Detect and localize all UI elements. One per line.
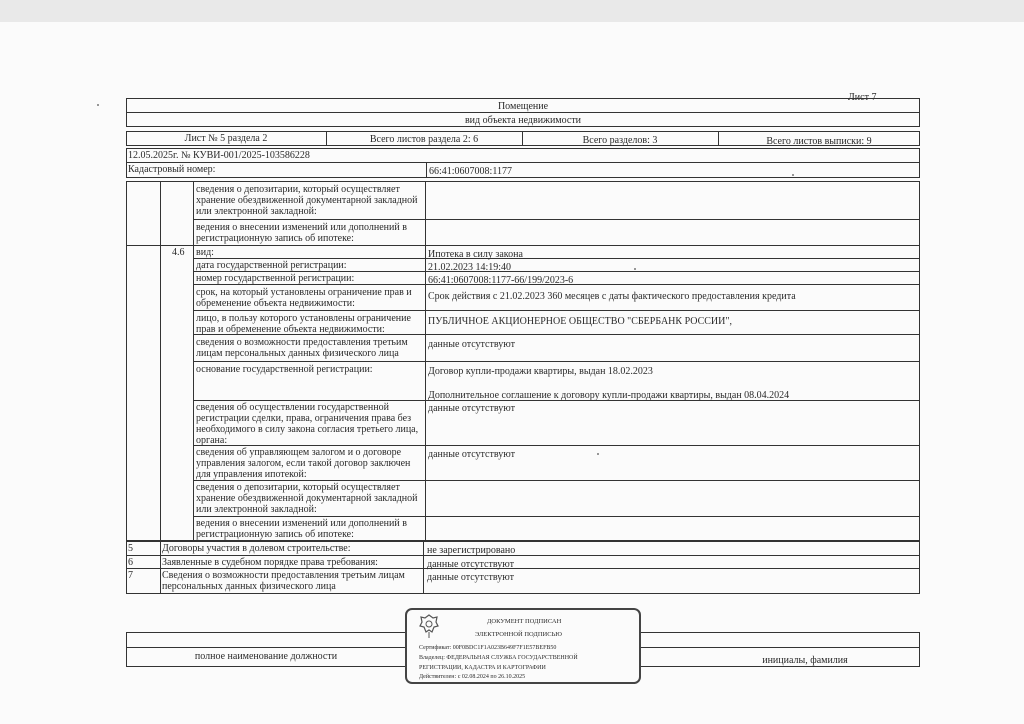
row-value: данные отсутствуют: [428, 403, 515, 414]
section-number: 6: [128, 557, 133, 568]
divider: [193, 480, 920, 481]
divider: [426, 162, 427, 178]
row-label: основание государственной регистрации:: [196, 364, 373, 375]
section-label: Сведения о возможности предоставления тр…: [162, 570, 424, 592]
stamp-title-line1: ДОКУМЕНТ ПОДПИСАН: [487, 618, 561, 625]
row-label: срок, на который установлены ограничение…: [196, 287, 426, 309]
divider: [193, 334, 920, 335]
section-number: 7: [128, 570, 133, 581]
section-sheet: Лист № 5 раздела 2: [126, 133, 326, 144]
scan-top-margin: [0, 0, 1024, 22]
doc-reference: 12.05.2025г. № КУВИ-001/2025-103586228: [128, 150, 310, 161]
divider: [126, 568, 920, 569]
row-label: сведения о депозитарии, который осуществ…: [196, 184, 422, 217]
object-type-caption: вид объекта недвижимости: [126, 115, 920, 126]
cadastral-label: Кадастровый номер:: [128, 164, 215, 175]
stamp-title-line2: ЭЛЕКТРОННОЙ ПОДПИСЬЮ: [475, 631, 562, 638]
divider: [126, 112, 920, 113]
row-value: ПУБЛИЧНОЕ АКЦИОНЕРНОЕ ОБЩЕСТВО "СБЕРБАНК…: [428, 316, 732, 327]
row-label: сведения о возможности предоставления тр…: [196, 337, 422, 359]
divider: [126, 245, 920, 246]
total-section-sheets: Всего листов раздела 2: 6: [326, 134, 522, 145]
scan-speck: [597, 453, 599, 455]
section-label: Договоры участия в долевом строительстве…: [162, 543, 351, 554]
section-number: 5: [128, 543, 133, 554]
divider: [193, 400, 920, 401]
row-label: ведения о внесении изменений или дополне…: [196, 222, 422, 244]
divider: [193, 361, 920, 362]
section-label: Заявленные в судебном порядке права треб…: [162, 557, 378, 568]
row-value: Срок действия с 21.02.2023 360 месяцев с…: [428, 291, 796, 302]
row-label: дата государственной регистрации:: [196, 260, 347, 271]
row-label: сведения об осуществлении государственно…: [196, 402, 422, 446]
row-value: данные отсутствуют: [428, 449, 515, 460]
row-label: лицо, в пользу которого установлены огра…: [196, 313, 426, 335]
section-value: не зарегистрировано: [427, 545, 515, 556]
name-caption: инициалы, фамилия: [690, 655, 920, 666]
stamp-owner-line1: Владелец: ФЕДЕРАЛЬНАЯ СЛУЖБА ГОСУДАРСТВЕ…: [419, 655, 578, 662]
row-label: ведения о внесении изменений или дополне…: [196, 518, 422, 540]
row-label: сведения о депозитарии, который осуществ…: [196, 482, 422, 515]
section-value: данные отсутствуют: [427, 572, 514, 583]
row-value: данные отсутствуют: [428, 339, 515, 350]
coat-of-arms-icon: [417, 613, 441, 639]
section-value: данные отсутствуют: [427, 559, 514, 570]
divider: [193, 445, 920, 446]
divider: [193, 516, 920, 517]
stamp-owner-line2: РЕГИСТРАЦИИ, КАДАСТРА И КАРТОГРАФИИ: [419, 665, 546, 672]
divider: [160, 181, 161, 541]
total-extract-sheets: Всего листов выписки: 9: [718, 136, 920, 147]
divider: [193, 219, 920, 220]
scan-speck: [634, 268, 636, 270]
row-label: номер государственной регистрации:: [196, 273, 354, 284]
block-number: 4.6: [172, 247, 185, 258]
divider: [193, 310, 920, 311]
scan-speck: [97, 104, 99, 106]
divider: [193, 284, 920, 285]
row-label: вид:: [196, 247, 214, 258]
divider: [193, 258, 920, 259]
scan-speck: [792, 174, 794, 176]
object-name: Помещение: [126, 101, 920, 112]
position-caption: полное наименование должности: [126, 651, 406, 662]
cadastral-value: 66:41:0607008:1177: [429, 166, 512, 177]
row-value: Договор купли-продажи квартиры, выдан 18…: [428, 366, 653, 377]
divider: [126, 162, 920, 163]
row-label: сведения об управляющем залогом и о дого…: [196, 447, 422, 480]
electronic-signature-stamp: ДОКУМЕНТ ПОДПИСАН ЭЛЕКТРОННОЙ ПОДПИСЬЮ С…: [405, 608, 641, 684]
total-sections: Всего разделов: 3: [522, 135, 718, 146]
stamp-validity: Действителен: с 02.08.2024 по 26.10.2025: [419, 674, 525, 681]
divider: [126, 555, 920, 556]
stamp-certificate: Сертификат: 00F0BDC1F1A023B649F7F1E57BEF…: [419, 645, 556, 652]
divider: [193, 271, 920, 272]
